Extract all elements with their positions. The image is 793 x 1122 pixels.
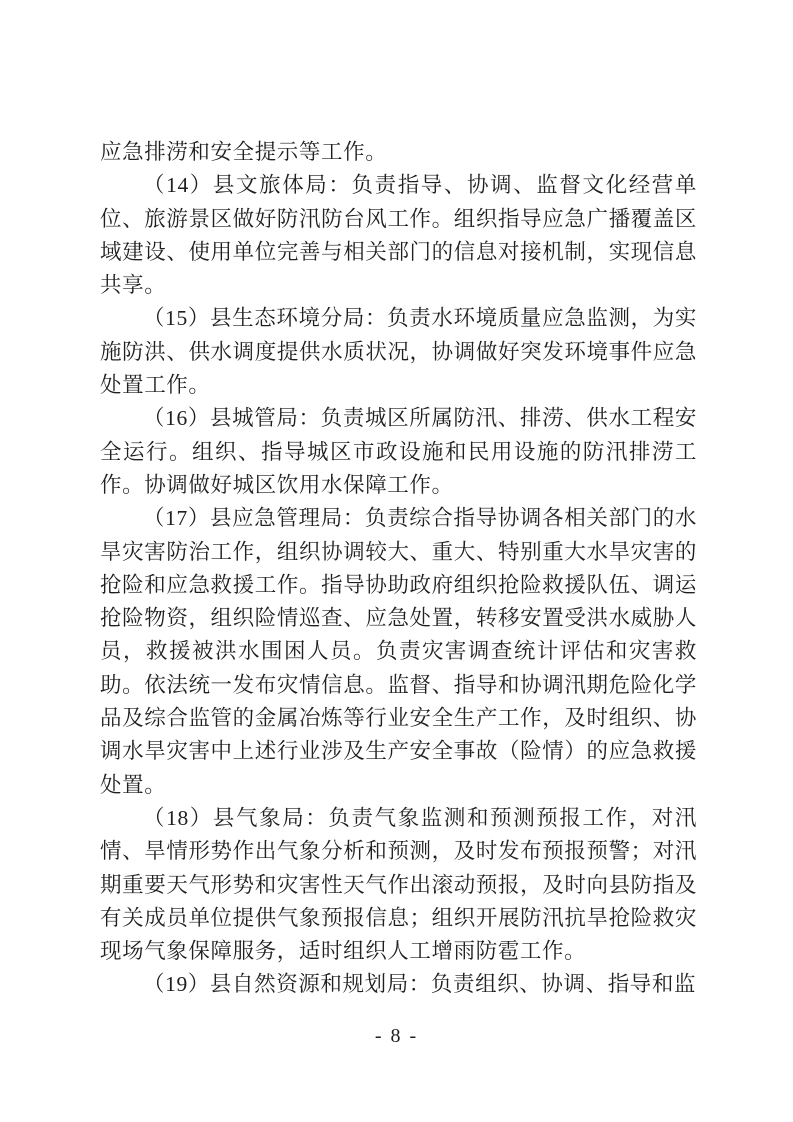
page-number: - 8 - [0,1023,793,1049]
document-page: 应急排涝和安全提示等工作。 （14）县文旅体局：负责指导、协调、监督文化经营单位… [0,0,793,1122]
document-body: 应急排涝和安全提示等工作。 （14）县文旅体局：负责指导、协调、监督文化经营单位… [100,136,697,1002]
paragraph: （17）县应急管理局：负责综合指导协调各相关部门的水旱灾害防治工作，组织协调较大… [100,502,697,802]
paragraph: （14）县文旅体局：负责指导、协调、监督文化经营单位、旅游景区做好防汛防台风工作… [100,169,697,302]
paragraph: （18）县气象局：负责气象监测和预测预报工作，对汛情、旱情形势作出气象分析和预测… [100,802,697,968]
paragraph: 应急排涝和安全提示等工作。 [100,136,697,169]
paragraph: （16）县城管局：负责城区所属防汛、排涝、供水工程安全运行。组织、指导城区市政设… [100,402,697,502]
paragraph: （15）县生态环境分局：负责水环境质量应急监测，为实施防洪、供水调度提供水质状况… [100,302,697,402]
paragraph: （19）县自然资源和规划局：负责组织、协调、指导和监 [100,968,697,1001]
